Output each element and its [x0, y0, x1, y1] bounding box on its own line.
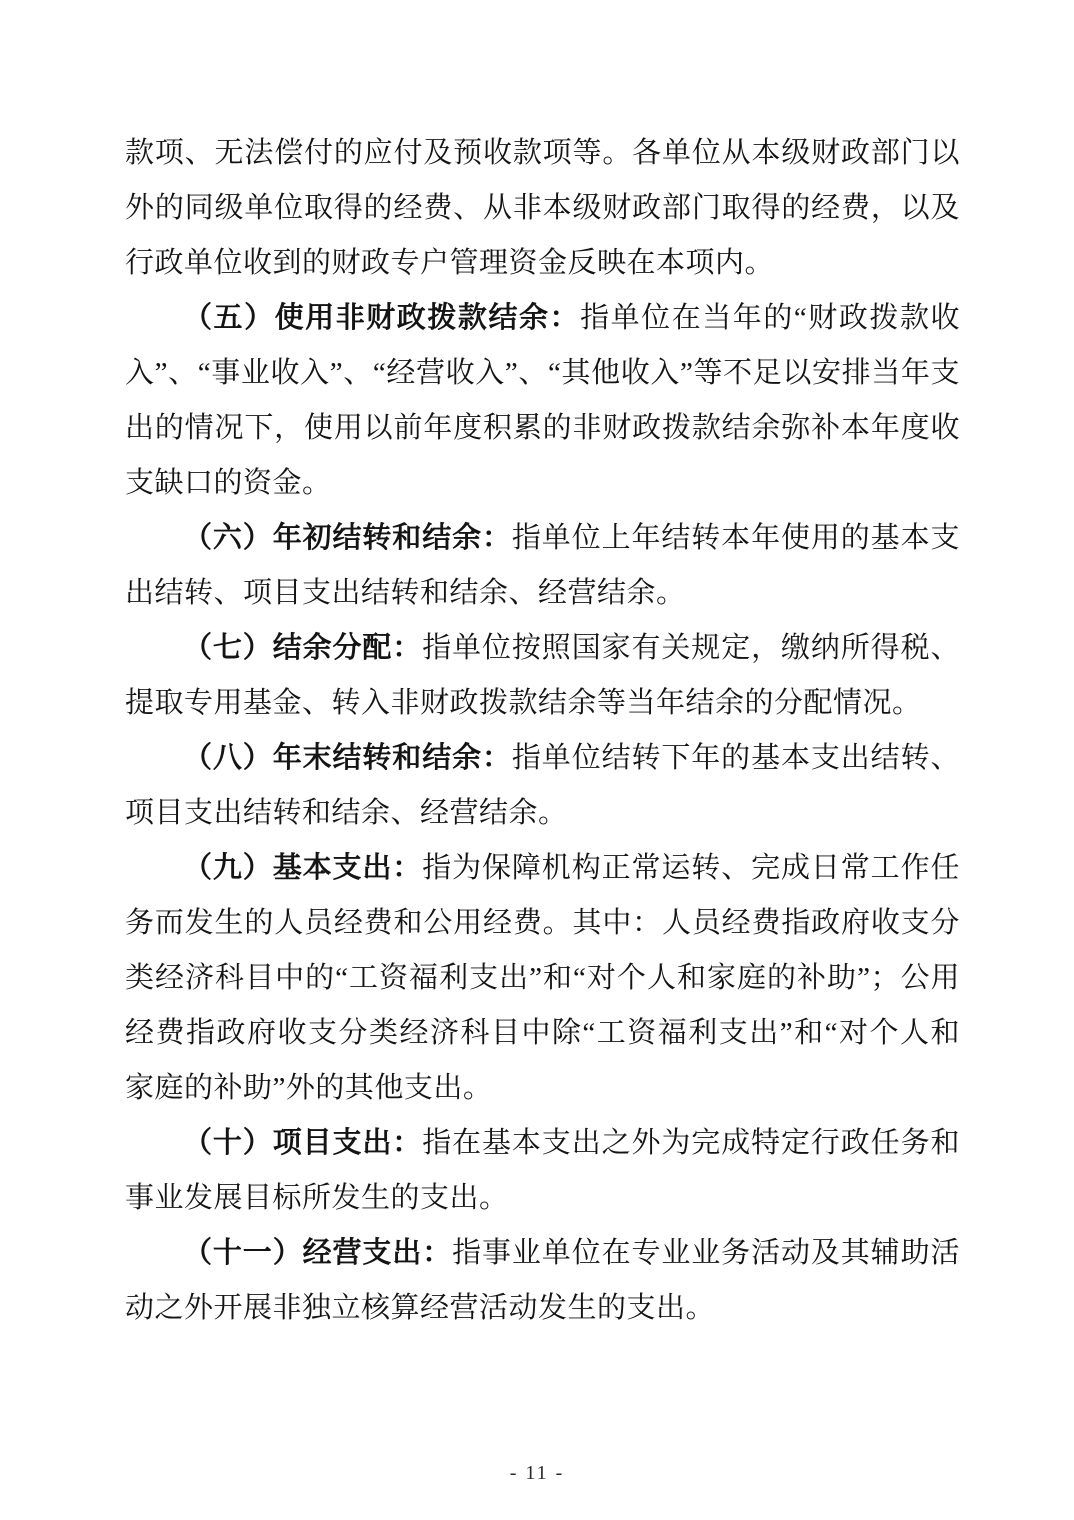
paragraph-section-6: （六）年初结转和结余：指单位上年结转本年使用的基本支出结转、项目支出结转和结余、…: [125, 511, 960, 621]
section-lead: （六）年初结转和结余：: [183, 522, 512, 554]
paragraph-section-5: （五）使用非财政拨款结余：指单位在当年的“财政拨款收入”、“事业收入”、“经营收…: [125, 291, 960, 511]
document-body: 款项、无法偿付的应付及预收款项等。各单位从本级财政部门以外的同级单位取得的经费、…: [125, 126, 960, 1336]
paragraph-continued: 款项、无法偿付的应付及预收款项等。各单位从本级财政部门以外的同级单位取得的经费、…: [125, 126, 960, 291]
section-lead: （十）项目支出：: [183, 1127, 422, 1159]
paragraph-section-8: （八）年末结转和结余：指单位结转下年的基本支出结转、项目支出结转和结余、经营结余…: [125, 731, 960, 841]
paragraph-section-11: （十一）经营支出：指事业单位在专业业务活动及其辅助活动之外开展非独立核算经营活动…: [125, 1226, 960, 1336]
paragraph-section-10: （十）项目支出：指在基本支出之外为完成特定行政任务和事业发展目标所发生的支出。: [125, 1116, 960, 1226]
section-lead: （九）基本支出：: [183, 852, 422, 884]
section-lead: （七）结余分配：: [183, 632, 422, 664]
section-lead: （八）年末结转和结余：: [183, 742, 512, 774]
paragraph-text: 款项、无法偿付的应付及预收款项等。各单位从本级财政部门以外的同级单位取得的经费、…: [125, 137, 960, 279]
document-page: 款项、无法偿付的应付及预收款项等。各单位从本级财政部门以外的同级单位取得的经费、…: [0, 0, 1074, 1520]
paragraph-text: 指为保障机构正常运转、完成日常工作任务而发生的人员经费和公用经费。其中：人员经费…: [125, 852, 960, 1104]
section-lead: （五）使用非财政拨款结余：: [183, 302, 580, 334]
paragraph-section-9: （九）基本支出：指为保障机构正常运转、完成日常工作任务而发生的人员经费和公用经费…: [125, 841, 960, 1116]
paragraph-section-7: （七）结余分配：指单位按照国家有关规定，缴纳所得税、提取专用基金、转入非财政拨款…: [125, 621, 960, 731]
page-number: - 11 -: [0, 1462, 1074, 1485]
section-lead: （十一）经营支出：: [183, 1237, 452, 1269]
